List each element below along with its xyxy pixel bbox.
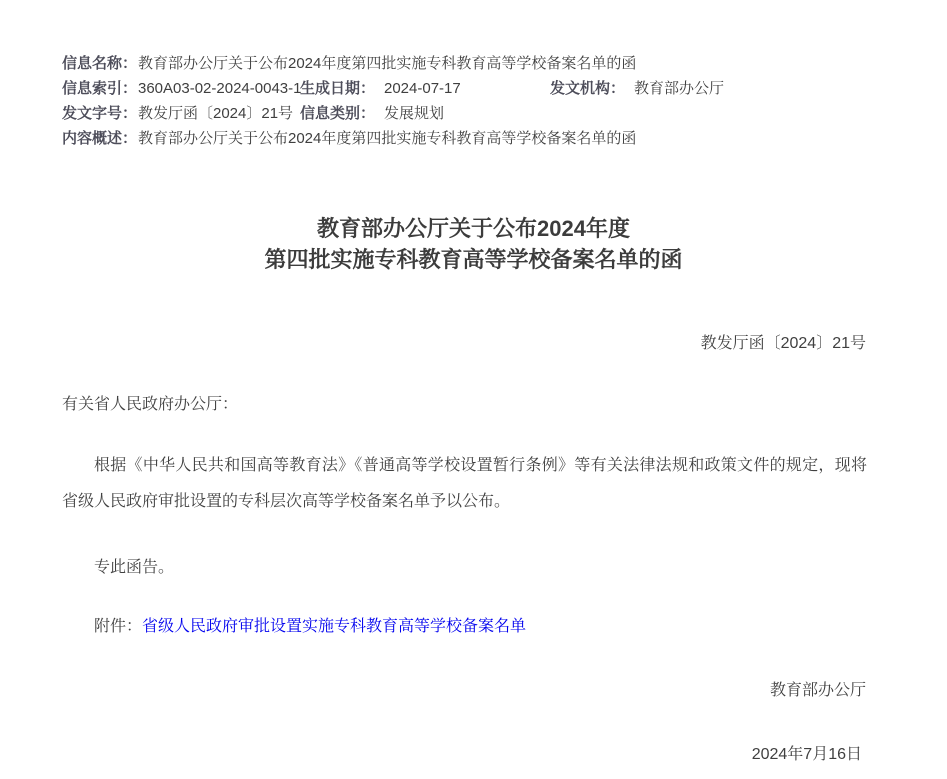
paragraph-closing: 专此函告。 (62, 550, 867, 586)
meta-row-index: 信息索引： 360A03-02-2024-0043-1 生成日期： 2024-0… (62, 76, 907, 101)
attachment-link[interactable]: 省级人民政府审批设置实施专科教育高等学校备案名单 (142, 618, 526, 635)
document-title: 教育部办公厅关于公布2024年度 第四批实施专科教育高等学校备案名单的函 (0, 213, 947, 275)
meta-category-label: 信息类别： (300, 101, 384, 126)
meta-summary-value: 教育部办公厅关于公布2024年度第四批实施专科教育高等学校备案名单的函 (138, 126, 907, 151)
meta-gen-date-label: 生成日期： (300, 76, 384, 101)
meta-row-name: 信息名称： 教育部办公厅关于公布2024年度第四批实施专科教育高等学校备案名单的… (62, 51, 907, 76)
meta-row-doc-no: 发文字号： 教发厅函〔2024〕21号 信息类别： 发展规划 (62, 101, 907, 126)
meta-name-label: 信息名称： (62, 51, 138, 76)
meta-summary-label: 内容概述： (62, 126, 138, 151)
document-page: 信息名称： 教育部办公厅关于公布2024年度第四批实施专科教育高等学校备案名单的… (0, 0, 947, 779)
signature-org: 教育部办公厅 (770, 677, 866, 700)
signature-date: 2024年7月16日 (752, 741, 862, 764)
meta-gen-date-value: 2024-07-17 (384, 76, 550, 101)
meta-index-label: 信息索引： (62, 76, 138, 101)
meta-doc-no-label: 发文字号： (62, 101, 138, 126)
meta-doc-no-value: 教发厅函〔2024〕21号 (138, 101, 300, 126)
salutation: 有关省人民政府办公厅： (62, 391, 238, 414)
meta-category-value: 发展规划 (384, 101, 907, 126)
meta-issuer-value: 教育部办公厅 (634, 76, 907, 101)
document-title-line1: 教育部办公厅关于公布2024年度 (0, 213, 947, 244)
document-meta-block: 信息名称： 教育部办公厅关于公布2024年度第四批实施专科教育高等学校备案名单的… (62, 51, 907, 151)
document-title-line2: 第四批实施专科教育高等学校备案名单的函 (0, 244, 947, 275)
paragraph-main: 根据《中华人民共和国高等教育法》《普通高等学校设置暂行条例》等有关法律法规和政策… (62, 448, 867, 520)
meta-index-value: 360A03-02-2024-0043-1 (138, 76, 300, 101)
meta-issuer-label: 发文机构： (550, 76, 634, 101)
attachment-label: 附件： (94, 618, 142, 635)
attachment-line: 附件：省级人民政府审批设置实施专科教育高等学校备案名单 (62, 613, 526, 636)
meta-name-value: 教育部办公厅关于公布2024年度第四批实施专科教育高等学校备案名单的函 (138, 51, 907, 76)
meta-row-summary: 内容概述： 教育部办公厅关于公布2024年度第四批实施专科教育高等学校备案名单的… (62, 126, 907, 151)
document-number: 教发厅函〔2024〕21号 (701, 330, 866, 353)
